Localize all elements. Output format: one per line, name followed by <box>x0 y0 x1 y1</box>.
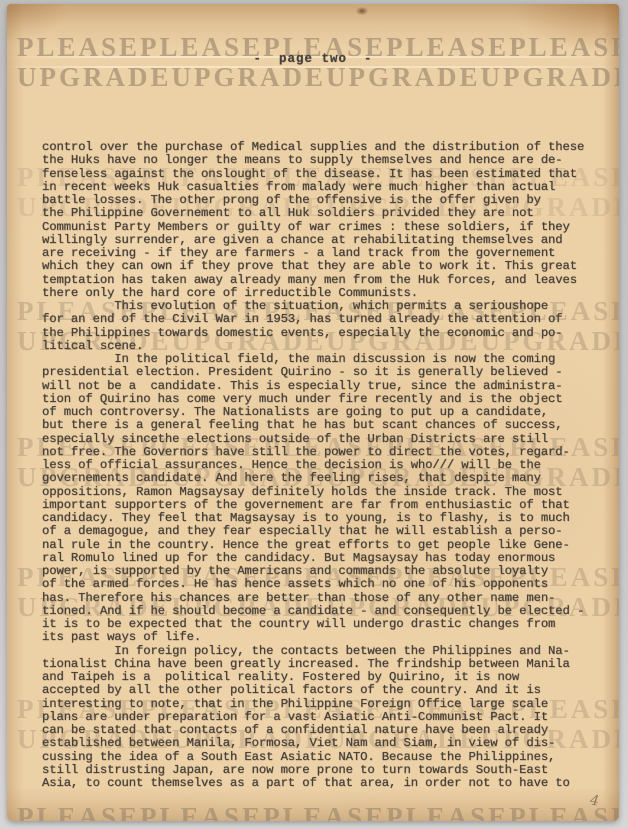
typed-line: the Philippine Governement to all Huk so… <box>42 207 612 220</box>
typed-line: governements candidate. And here the fee… <box>42 472 612 485</box>
watermark-word: PLEASE <box>17 802 140 821</box>
typed-text-block: control over the purchase of Medical sup… <box>42 141 612 790</box>
typed-line: battle losses. The other prong of the of… <box>42 194 612 207</box>
paper-page: PLEASEPLEASEPLEASEPLEASEPLEASEUPGRADEUPG… <box>7 4 619 821</box>
typed-line: In foreign policy, the contacts between … <box>42 645 612 658</box>
typed-line: of a demagogue, and they fear especially… <box>42 525 612 538</box>
page-header: - page two - <box>7 52 619 66</box>
typed-line: tion of Quirino has come very much under… <box>42 393 612 406</box>
typed-line: its past ways of life. <box>42 631 612 644</box>
typed-line: Communist Party Members or guilty of war… <box>42 221 612 234</box>
typed-line: established between Manila, Formosa, Vie… <box>42 737 612 750</box>
typed-line: oppositions, Ramon Magsaysay definitely … <box>42 486 612 499</box>
typed-line: power, is supported by the Americans and… <box>42 565 612 578</box>
typed-line: nal rule in the country. Hence the great… <box>42 539 612 552</box>
typed-line: the Philippines towards domestic events,… <box>42 327 612 340</box>
typed-line: of the armed forces. He has hence assets… <box>42 578 612 591</box>
crease-line <box>7 66 619 68</box>
typed-line: litical scene. <box>42 340 612 353</box>
typed-line: can be stated that contacts of a confide… <box>42 724 612 737</box>
typed-line: plans are under preparation for a vast A… <box>42 711 612 724</box>
typed-line: but there is a general feeling that he h… <box>42 419 612 432</box>
typed-line: accepted by all the other political fact… <box>42 684 612 697</box>
typed-line: and Taipeh is a political reality. Foste… <box>42 671 612 684</box>
typed-line: not free. The Governors have still the p… <box>42 446 612 459</box>
typed-line: ral Romulo lined up for the candidacy. B… <box>42 552 612 565</box>
typed-line: it is to be expected that the country wi… <box>42 618 612 631</box>
watermark-word: PLEASE <box>263 802 386 821</box>
scanned-document: { "page": { "header": "- page two -", "h… <box>0 0 628 829</box>
typed-line: for an end of the Civil War in 1953, has… <box>42 313 612 326</box>
typed-line: presidential election. President Quirino… <box>42 366 612 379</box>
typed-line: temptation has taken away already many m… <box>42 274 612 287</box>
typed-line: candidacy. They feel that Magsaysay is t… <box>42 512 612 525</box>
watermark-word: PLEASE <box>386 802 509 821</box>
typed-line: the Huks have no longer the means to sup… <box>42 154 612 167</box>
typed-line: still distrusting Japan, are now more pr… <box>42 764 612 777</box>
typed-line: less of official assurances. Hence the d… <box>42 459 612 472</box>
typed-line: in recent weeks Huk casualties from mala… <box>42 181 612 194</box>
watermark-word: PLEASE <box>509 802 619 821</box>
typed-line: which they can own if they prove that th… <box>42 260 612 273</box>
typed-line: especially sincethe elections outside of… <box>42 433 612 446</box>
typed-line: will not be a candidate. This is especia… <box>42 380 612 393</box>
typed-line: fenseless against the onslought of the d… <box>42 168 612 181</box>
typed-line: willingly surrender, are given a chance … <box>42 234 612 247</box>
typed-line: tionalist China have been greatly increa… <box>42 658 612 671</box>
typed-line: Asia, to count themselves as a part of t… <box>42 777 612 790</box>
typed-line: cussing the idea of a South East Asiatic… <box>42 751 612 764</box>
typed-line: important supporters of the governement … <box>42 499 612 512</box>
typed-line: there only the hard core of irreductible… <box>42 287 612 300</box>
typed-line: control over the purchase of Medical sup… <box>42 141 612 154</box>
typed-line: This evolution of the situation, which p… <box>42 300 612 313</box>
typed-line: has. Therefore his chances are better th… <box>42 592 612 605</box>
typed-line: interesting to note, that in the Philipp… <box>42 698 612 711</box>
typed-line: tioned. And if he should become a candid… <box>42 605 612 618</box>
typed-line: of much controversy. The Nationalists ar… <box>42 406 612 419</box>
typed-line: In the political field, the main discuss… <box>42 353 612 366</box>
watermark-word: PLEASE <box>140 802 263 821</box>
watermark-row: PLEASEPLEASEPLEASEPLEASEPLEASE <box>7 802 619 821</box>
typed-line: are receiving - if they are farmers - a … <box>42 247 612 260</box>
